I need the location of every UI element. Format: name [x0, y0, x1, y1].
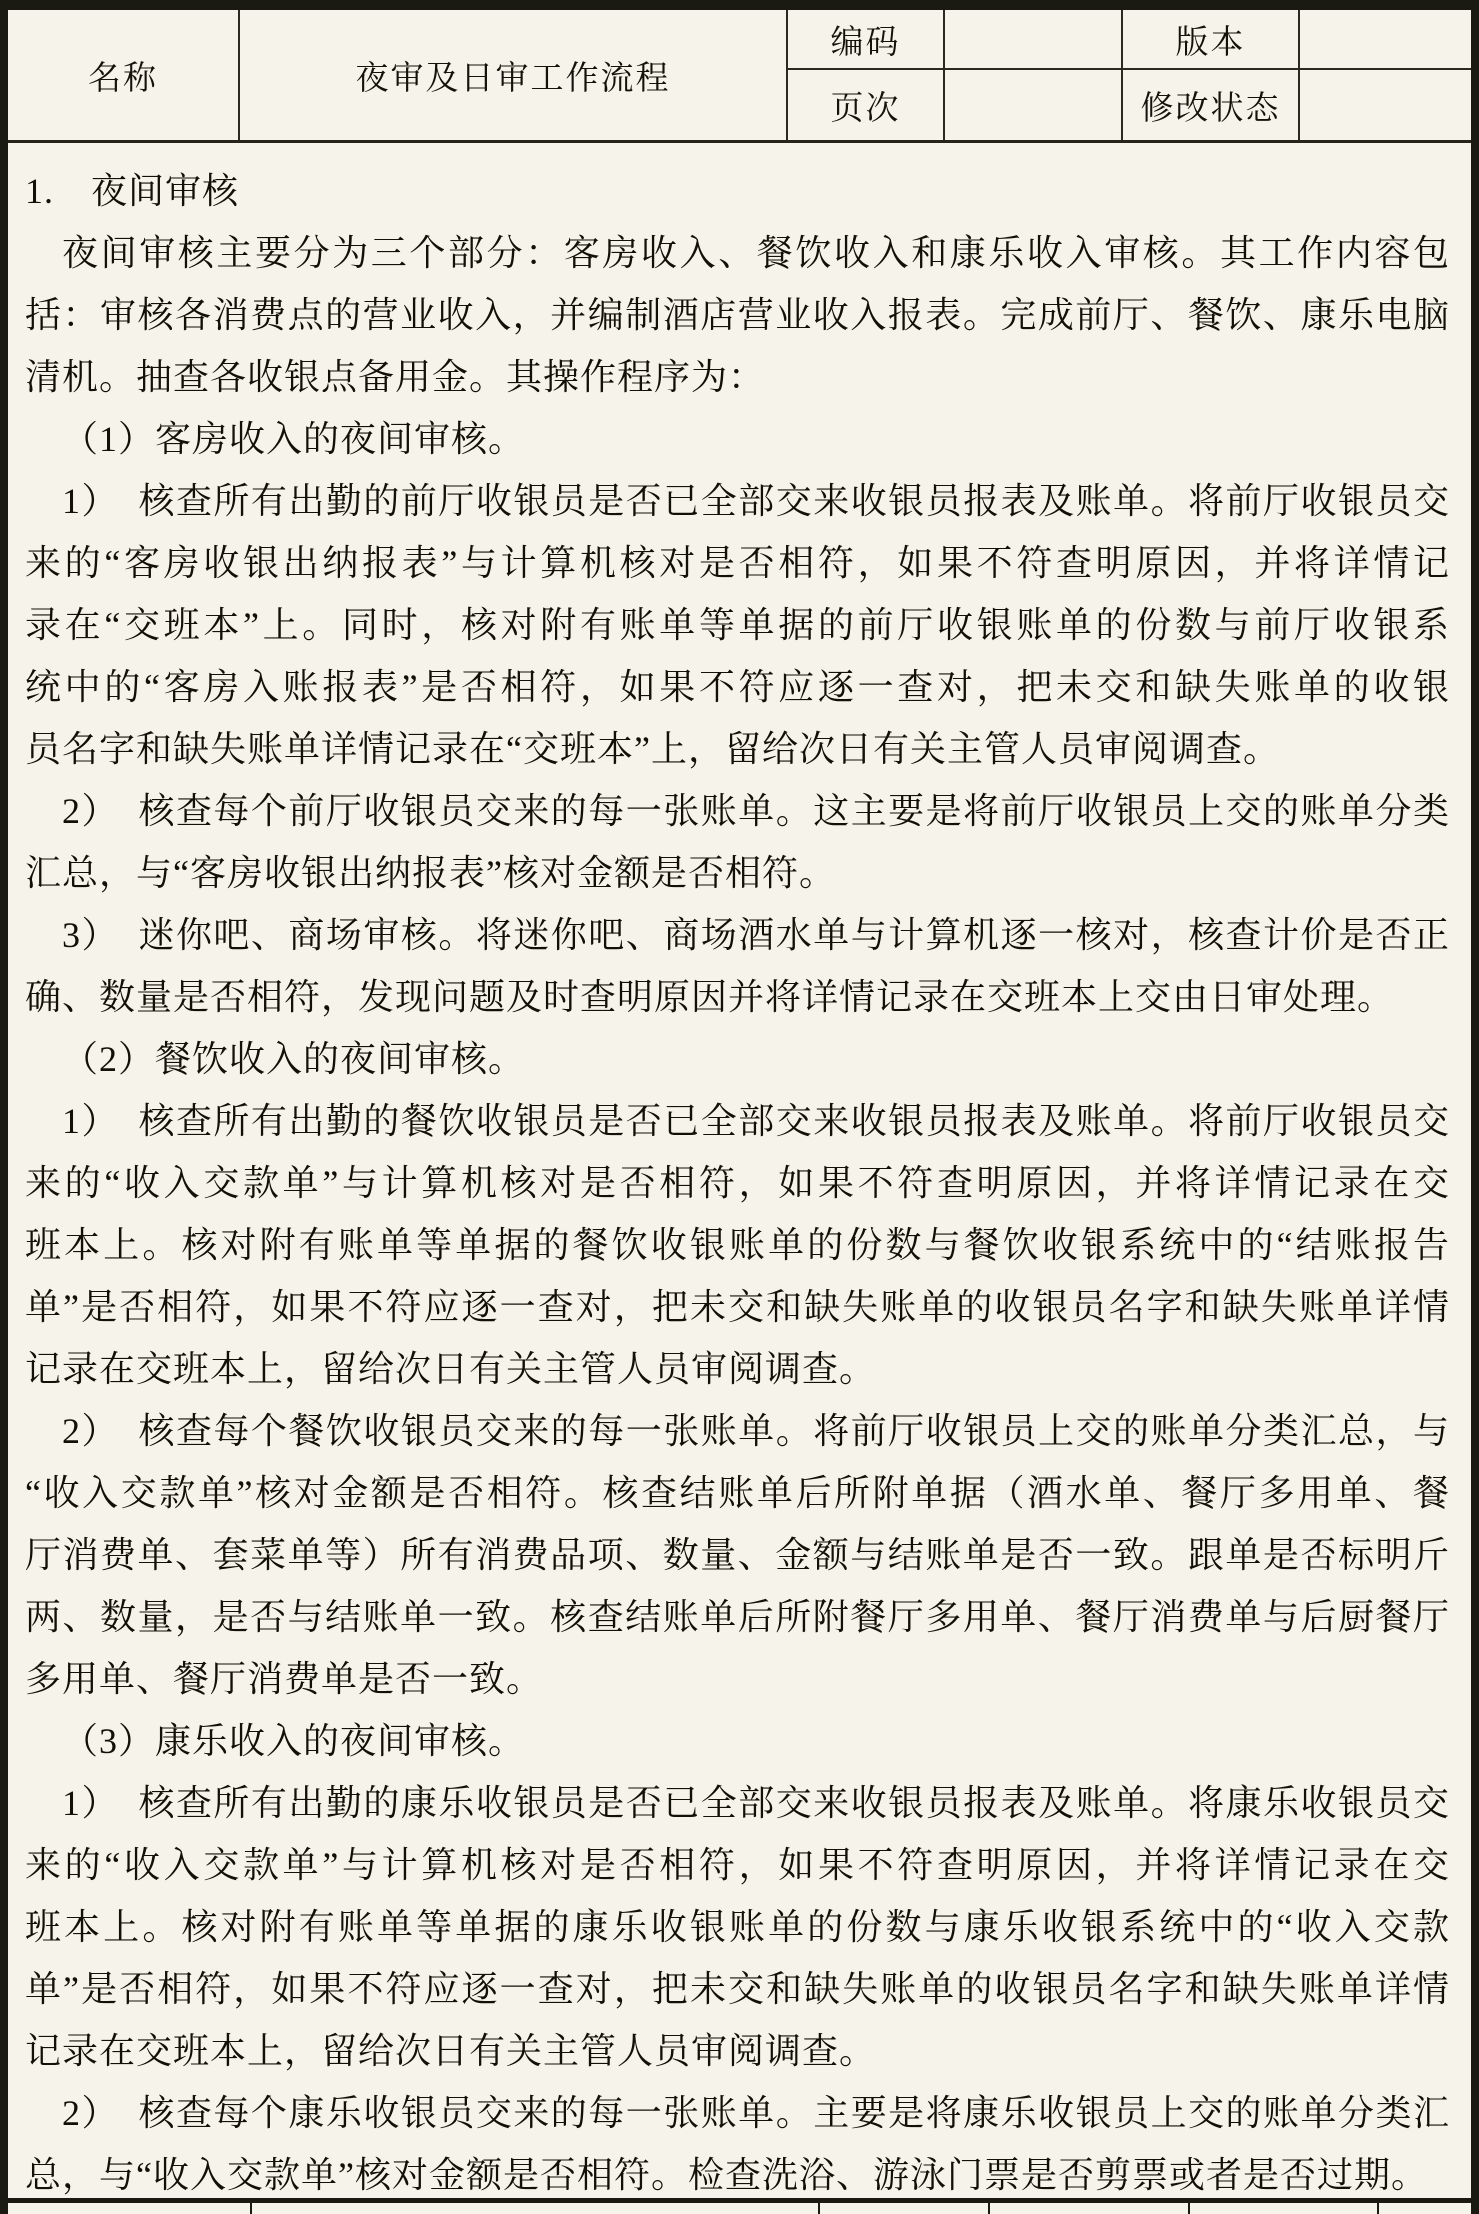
document-title: 夜审及日审工作流程 — [240, 10, 788, 140]
text-line: “收入交款单”核对金额是否相符。核查结账单后所附单据（酒水单、餐厅多用单、餐 — [25, 1462, 1450, 1524]
text-line: 1） 核查所有出勤的餐饮收银员是否已全部交来收银员报表及账单。将前厅收银员交 — [25, 1090, 1450, 1152]
text-line: 班本上。核对附有账单等单据的康乐收银账单的份数与康乐收银系统中的“收入交款 — [25, 1896, 1450, 1958]
document-page: 名称 夜审及日审工作流程 编码 版本 页次 修改状态 1. 夜间审核夜间审核主要… — [0, 0, 1479, 2214]
text-line: 2） 核查每个前厅收银员交来的每一张账单。这主要是将前厅收银员上交的账单分类 — [25, 780, 1450, 842]
text-line: 班本上。核对附有账单等单据的餐饮收银账单的份数与餐饮收银系统中的“结账报告 — [25, 1214, 1450, 1276]
header-cell-code-label: 编码 — [788, 10, 945, 70]
header-cell-page-label: 页次 — [788, 70, 945, 140]
text-line: 括：审核各消费点的营业收入，并编制酒店营业收入报表。完成前厅、餐饮、康乐电脑 — [25, 284, 1450, 346]
text-line: 夜间审核主要分为三个部分：客房收入、餐饮收入和康乐收入审核。其工作内容包 — [25, 222, 1450, 284]
text-line: 录在“交班本”上。同时，核对附有账单等单据的前厅收银账单的份数与前厅收银系 — [25, 594, 1450, 656]
header-cell-revision-value — [1300, 70, 1471, 140]
next-row-stub — [1190, 2203, 1377, 2214]
text-line: 1） 核查所有出勤的前厅收银员是否已全部交来收银员报表及账单。将前厅收银员交 — [25, 470, 1450, 532]
text-line: 1. 夜间审核 — [25, 160, 1450, 222]
next-row-stub — [8, 2203, 250, 2214]
text-line: 清机。抽查各收银点备用金。其操作程序为： — [25, 346, 1450, 408]
header-cell-page-value — [945, 70, 1123, 140]
text-line: 员名字和缺失账单详情记录在“交班本”上，留给次日有关主管人员审阅调查。 — [25, 718, 1450, 780]
text-line: 确、数量是否相符，发现问题及时查明原因并将详情记录在交班本上交由日审处理。 — [25, 966, 1450, 1028]
text-line: 汇总，与“客房收银出纳报表”核对金额是否相符。 — [25, 842, 1450, 904]
header-cell-code-value — [945, 10, 1123, 70]
next-row-stub — [820, 2203, 988, 2214]
text-line: 记录在交班本上，留给次日有关主管人员审阅调查。 — [25, 1338, 1450, 1400]
document-body: 1. 夜间审核夜间审核主要分为三个部分：客房收入、餐饮收入和康乐收入审核。其工作… — [8, 150, 1471, 2206]
text-line: 厅消费单、套菜单等）所有消费品项、数量、金额与结账单是否一致。跟单是否标明斤 — [25, 1524, 1450, 1586]
text-line: 2） 核查每个康乐收银员交来的每一张账单。主要是将康乐收银员上交的账单分类汇 — [25, 2082, 1450, 2144]
text-line: 2） 核查每个餐饮收银员交来的每一张账单。将前厅收银员上交的账单分类汇总，与 — [25, 1400, 1450, 1462]
page-content: 名称 夜审及日审工作流程 编码 版本 页次 修改状态 1. 夜间审核夜间审核主要… — [8, 10, 1471, 2198]
next-row-stub — [990, 2203, 1188, 2214]
text-line: （1）客房收入的夜间审核。 — [25, 408, 1450, 470]
text-line: （3）康乐收入的夜间审核。 — [25, 1710, 1450, 1772]
text-line: （2）餐饮收入的夜间审核。 — [25, 1028, 1450, 1090]
header-cell-revision-label: 修改状态 — [1123, 70, 1300, 140]
text-line: 单”是否相符，如果不符应逐一查对，把未交和缺失账单的收银员名字和缺失账单详情 — [25, 1958, 1450, 2020]
text-line: 记录在交班本上，留给次日有关主管人员审阅调查。 — [25, 2020, 1450, 2082]
text-line: 两、数量，是否与结账单一致。核查结账单后所附餐厅多用单、餐厅消费单与后厨餐厅 — [25, 1586, 1450, 1648]
text-line: 总，与“收入交款单”核对金额是否相符。检查洗浴、游泳门票是否剪票或者是否过期。 — [25, 2144, 1450, 2206]
header-cell-version-label: 版本 — [1123, 10, 1300, 70]
document-header-table: 名称 夜审及日审工作流程 编码 版本 页次 修改状态 — [8, 10, 1471, 143]
text-line: 多用单、餐厅消费单是否一致。 — [25, 1648, 1450, 1710]
text-line: 来的“收入交款单”与计算机核对是否相符，如果不符查明原因，并将详情记录在交 — [25, 1834, 1450, 1896]
next-row-stub — [1379, 2203, 1471, 2214]
next-row-stub — [252, 2203, 818, 2214]
text-line: 来的“收入交款单”与计算机核对是否相符，如果不符查明原因，并将详情记录在交 — [25, 1152, 1450, 1214]
text-line: 来的“客房收银出纳报表”与计算机核对是否相符，如果不符查明原因，并将详情记 — [25, 532, 1450, 594]
text-line: 1） 核查所有出勤的康乐收银员是否已全部交来收银员报表及账单。将康乐收银员交 — [25, 1772, 1450, 1834]
header-cell-version-value — [1300, 10, 1471, 70]
text-line: 单”是否相符，如果不符应逐一查对，把未交和缺失账单的收银员名字和缺失账单详情 — [25, 1276, 1450, 1338]
text-line: 3） 迷你吧、商场审核。将迷你吧、商场酒水单与计算机逐一核对，核查计价是否正 — [25, 904, 1450, 966]
header-cell-name-label: 名称 — [8, 10, 240, 140]
text-line: 统中的“客房入账报表”是否相符，如果不符应逐一查对，把未交和缺失账单的收银 — [25, 656, 1450, 718]
